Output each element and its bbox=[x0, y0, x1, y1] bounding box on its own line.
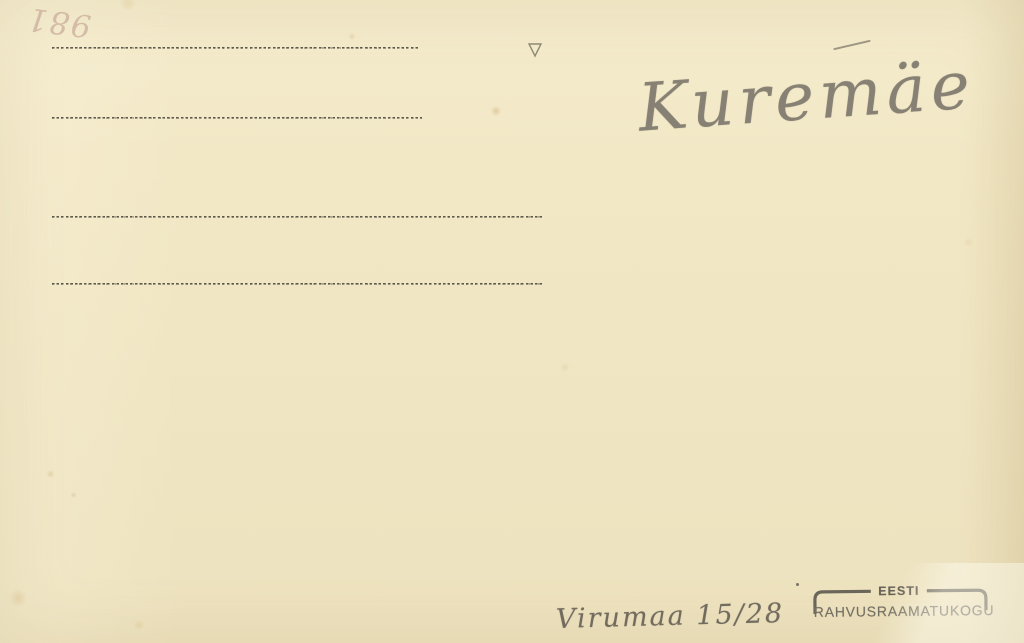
paper-stain bbox=[8, 590, 28, 606]
handwritten-place-name: Kuremäe bbox=[636, 46, 978, 146]
ruled-line-3 bbox=[52, 216, 543, 218]
paper-stain bbox=[560, 363, 570, 372]
ink-dot bbox=[796, 583, 799, 586]
paper-stain bbox=[118, 0, 138, 10]
postcard-back: 981 Kuremäe Virumaa 15/28 EESTI RAHVUSRA… bbox=[0, 0, 1024, 643]
paper-stain bbox=[133, 620, 145, 630]
triangle-mark-icon bbox=[527, 42, 543, 58]
stamp-institution-label: RAHVUSRAAMATUKOGU bbox=[809, 602, 999, 620]
stamp-country-label: EESTI bbox=[871, 581, 927, 602]
handwritten-caption: Virumaa 15/28 bbox=[556, 598, 785, 635]
paper-stain bbox=[348, 33, 356, 40]
ruled-line-2 bbox=[52, 117, 422, 119]
corner-catalogue-number: 981 bbox=[24, 0, 93, 44]
paper-stain bbox=[70, 492, 77, 498]
paper-stain bbox=[46, 470, 55, 478]
ruled-line-4 bbox=[52, 283, 543, 285]
ruled-line-1 bbox=[52, 47, 420, 49]
paper-stain bbox=[963, 238, 974, 247]
library-stamp: EESTI RAHVUSRAAMATUKOGU bbox=[805, 579, 1002, 637]
paper-stain bbox=[490, 106, 502, 116]
pencil-stroke-mark bbox=[833, 40, 871, 51]
